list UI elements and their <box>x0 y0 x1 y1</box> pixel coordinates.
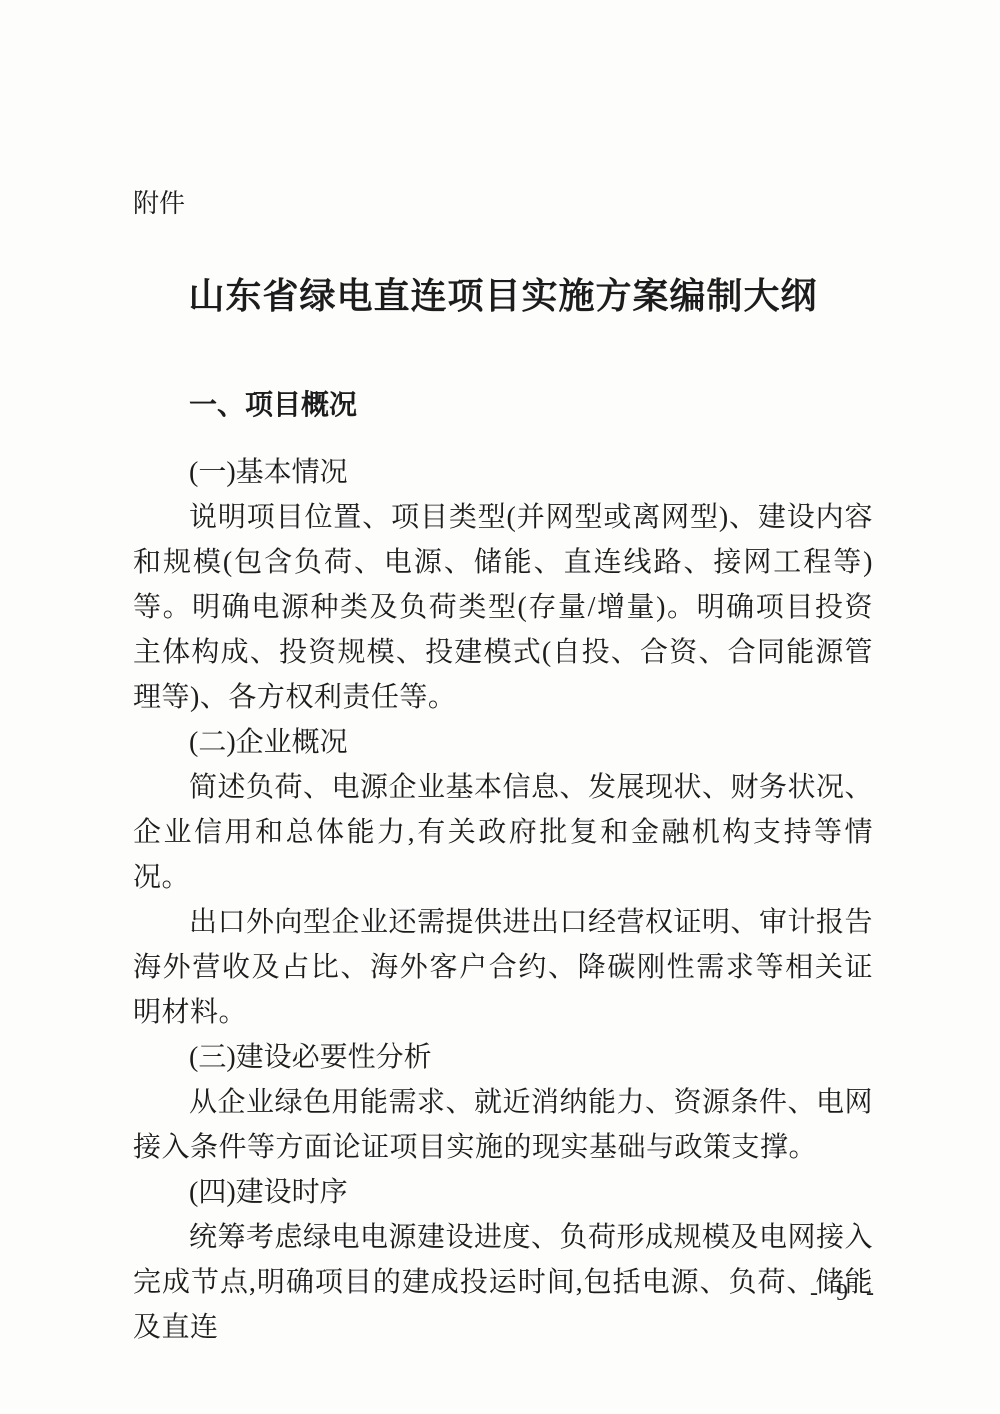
body-paragraph: 说明项目位置、项目类型(并网型或离网型)、建设内容和规模(包含负荷、电源、储能、… <box>133 495 873 720</box>
subsection-basic-situation: (一)基本情况 说明项目位置、项目类型(并网型或离网型)、建设内容和规模(包含负… <box>133 450 873 720</box>
page-number: - 9 - <box>810 1278 880 1308</box>
body-paragraph: 简述负荷、电源企业基本信息、发展现状、财务状况、企业信用和总体能力,有关政府批复… <box>133 765 873 900</box>
attachment-label: 附件 <box>133 186 873 220</box>
body-paragraph: 统筹考虑绿电电源建设进度、负荷形成规模及电网接入完成节点,明确项目的建成投运时间… <box>133 1215 873 1350</box>
subsection-construction-schedule: (四)建设时序 统筹考虑绿电电源建设进度、负荷形成规模及电网接入完成节点,明确项… <box>133 1170 873 1350</box>
subsection-heading: (四)建设时序 <box>133 1170 873 1215</box>
subsection-enterprise-overview: (二)企业概况 简述负荷、电源企业基本信息、发展现状、财务状况、企业信用和总体能… <box>133 720 873 1035</box>
subsection-heading: (一)基本情况 <box>133 450 873 495</box>
document-page: 附件 山东省绿电直连项目实施方案编制大纲 一、项目概况 (一)基本情况 说明项目… <box>0 0 1000 1414</box>
body-paragraph: 出口外向型企业还需提供进出口经营权证明、审计报告海外营收及占比、海外客户合约、降… <box>133 900 873 1035</box>
subsection-heading: (二)企业概况 <box>133 720 873 765</box>
section-heading-project-overview: 一、项目概况 <box>133 382 873 427</box>
body-paragraph: 从企业绿色用能需求、就近消纳能力、资源条件、电网接入条件等方面论证项目实施的现实… <box>133 1080 873 1170</box>
subsection-heading: (三)建设必要性分析 <box>133 1035 873 1080</box>
subsection-necessity-analysis: (三)建设必要性分析 从企业绿色用能需求、就近消纳能力、资源条件、电网接入条件等… <box>133 1035 873 1170</box>
document-title: 山东省绿电直连项目实施方案编制大纲 <box>133 272 873 320</box>
